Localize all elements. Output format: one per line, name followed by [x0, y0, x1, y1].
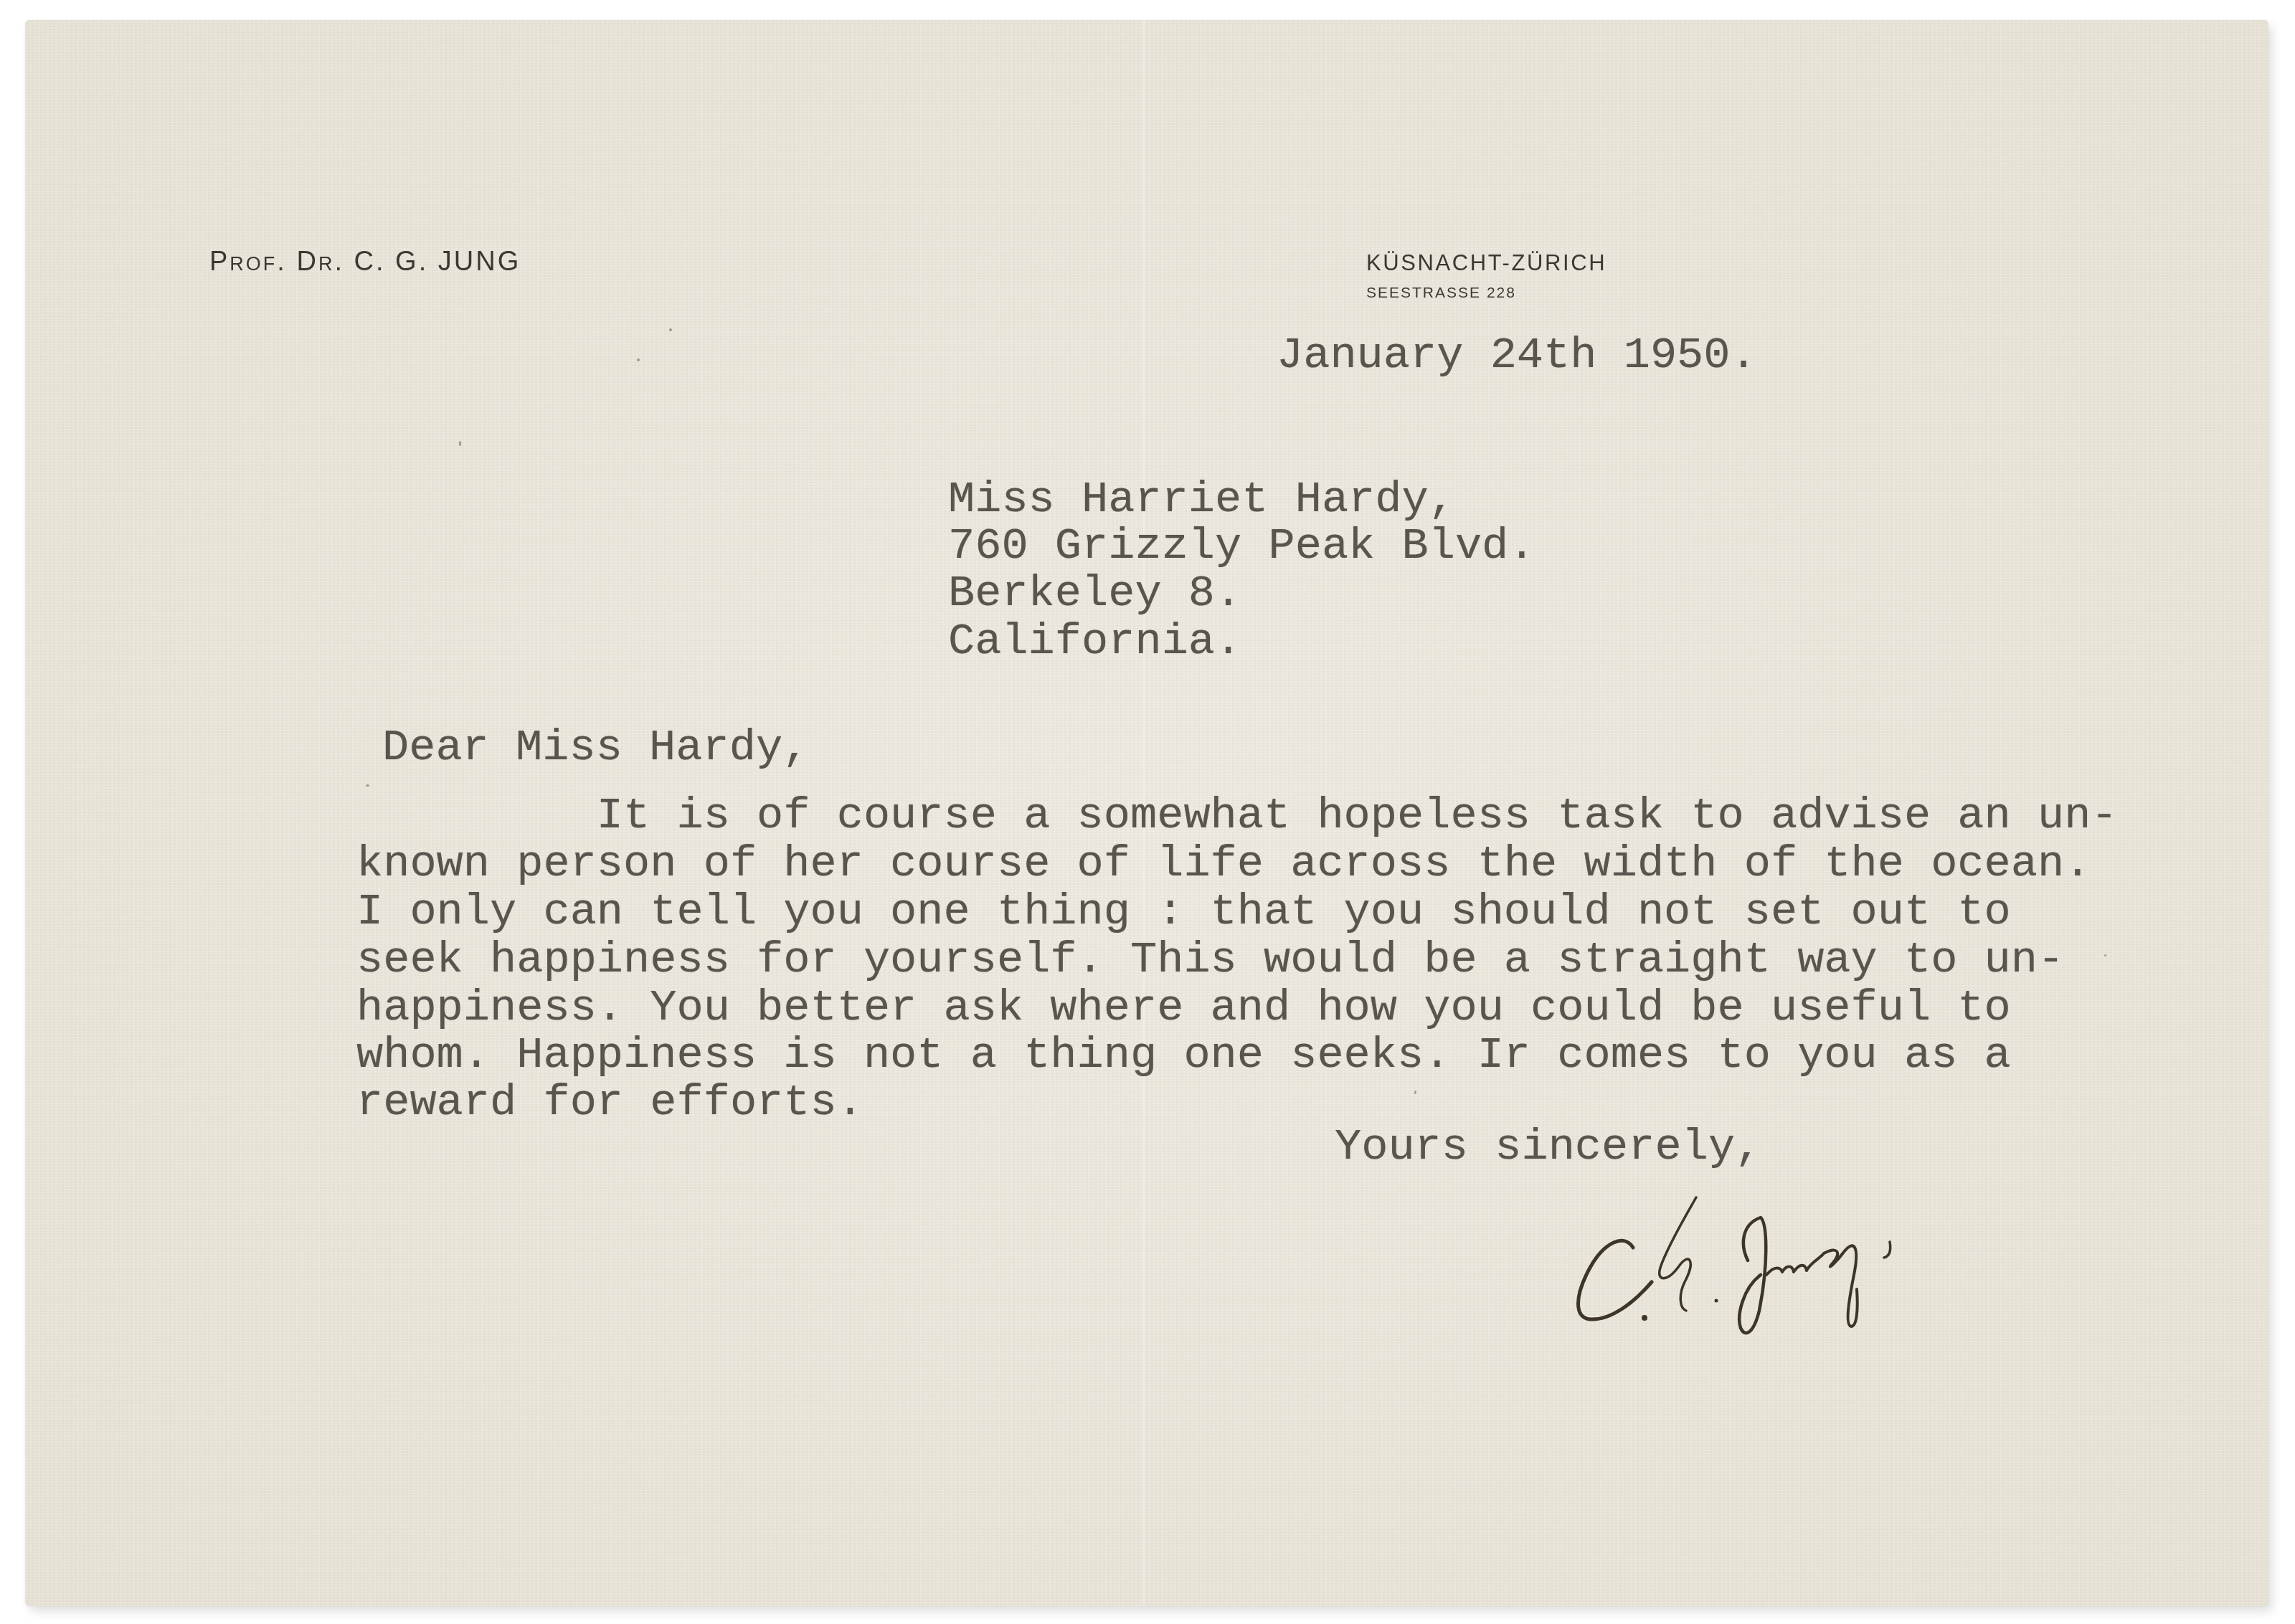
signature-icon — [1553, 1167, 2069, 1354]
body-line: whom. Happiness is not a thing one seeks… — [356, 1033, 2011, 1078]
body-line: I only can tell you one thing : that you… — [356, 890, 2011, 934]
address-line: California. — [948, 619, 1241, 664]
handwritten-signature: C. G. Jung — [1553, 1167, 2069, 1354]
body-line: happiness. You better ask where and how … — [356, 986, 2011, 1030]
paper-speck — [637, 358, 640, 361]
paper-speck — [2104, 954, 2106, 956]
letter-paper: Prof. Dr. C. G. JUNG KÜSNACHT-ZÜRICH SEE… — [25, 20, 2268, 1606]
body-line: known person of her course of life acros… — [356, 842, 2091, 886]
letterhead-name: Prof. Dr. C. G. JUNG — [209, 248, 521, 275]
letter-date: January 24th 1950. — [1277, 333, 1757, 378]
stage: Prof. Dr. C. G. JUNG KÜSNACHT-ZÜRICH SEE… — [0, 0, 2295, 1624]
body-line: It is of course a somewhat hopeless task… — [356, 794, 2118, 838]
body-line: reward for efforts. — [356, 1081, 863, 1125]
paper-speck — [366, 784, 369, 787]
salutation: Dear Miss Hardy, — [382, 726, 809, 770]
body-line: seek happiness for yourself. This would … — [356, 938, 2064, 982]
paper-speck — [669, 328, 672, 331]
address-line: Miss Harriet Hardy, — [948, 478, 1455, 522]
letterhead-street: SEESTRASSE 228 — [1366, 285, 1516, 300]
address-line: 760 Grizzly Peak Blvd. — [948, 524, 1535, 569]
address-line: Berkeley 8. — [948, 571, 1241, 616]
paper-speck — [459, 441, 461, 446]
closing: Yours sincerely, — [1335, 1125, 1761, 1169]
letterhead-city: KÜSNACHT-ZÜRICH — [1366, 252, 1606, 274]
paper-speck — [1414, 1091, 1416, 1094]
